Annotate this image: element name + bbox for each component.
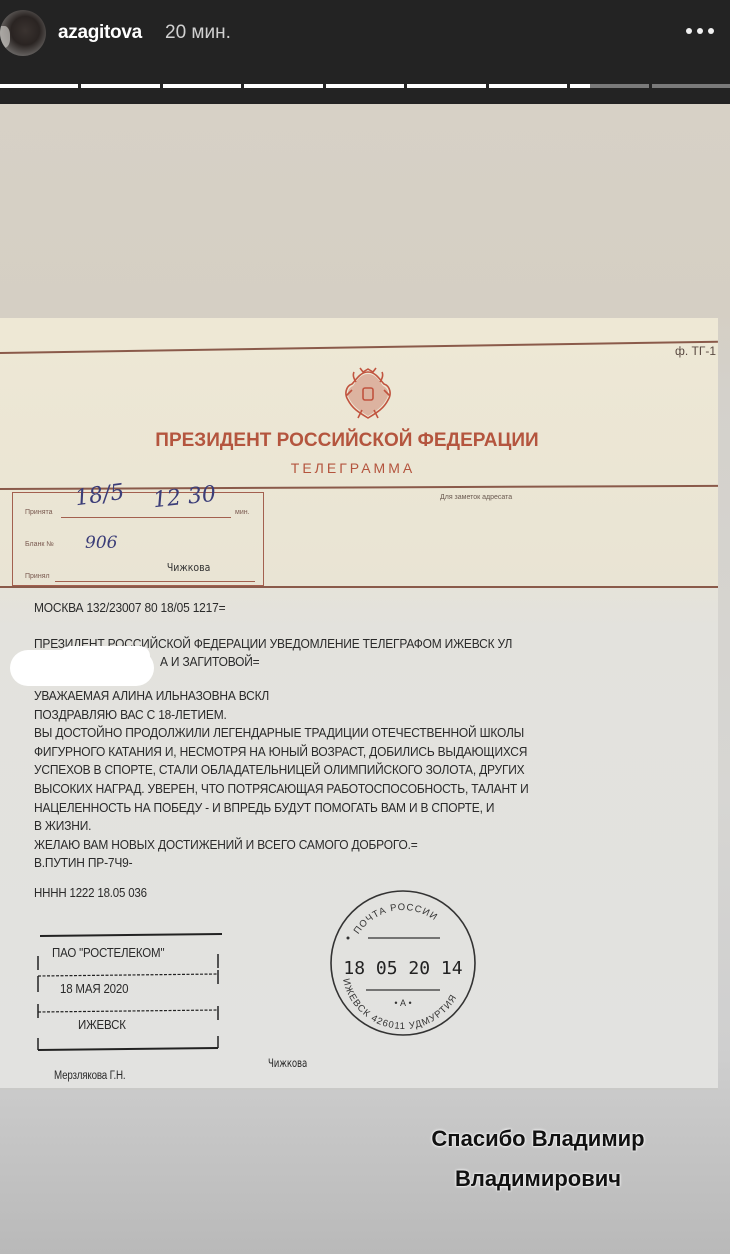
post-time: 20 мин. — [165, 22, 231, 44]
story-progress-segment — [652, 84, 730, 88]
operator-signature: Чижкова — [268, 1056, 307, 1070]
more-options-button[interactable] — [682, 24, 718, 38]
box-bottom-rule — [0, 586, 718, 588]
received-box: Принята мин. 18/5 12 30 Бланк № 906 Прин… — [12, 492, 264, 586]
story-progress-segment — [81, 84, 159, 88]
telegram-subtitle: ТЕЛЕГРАММА — [0, 460, 712, 476]
more-dot — [708, 28, 714, 34]
story-progress-segment — [163, 84, 241, 88]
service-line: НННН 1222 18.05 036 — [34, 886, 147, 900]
post-stamp: ПОЧТА РОССИИ ИЖЕВСК 426011 УДМУРТИЯ 18 0… — [328, 888, 478, 1038]
received-date: 18/5 — [74, 480, 126, 512]
story-progress-segment — [570, 84, 648, 88]
svg-text:• А •: • А • — [394, 998, 411, 1008]
redacted-address-2 — [60, 646, 150, 666]
story-progress-segment — [244, 84, 322, 88]
blank-label: Бланк № — [25, 541, 54, 548]
paper-edge — [0, 1088, 718, 1090]
telegram-body-line: НАЦЕЛЕННОСТЬ НА ПОБЕДУ - И ВПРЕДЬ БУДУТ … — [34, 800, 494, 815]
story-progress-segment — [0, 84, 78, 88]
story-header: azagitova 20 мин. — [0, 0, 730, 102]
telegram-body-line: В.ПУТИН ПР-7Ч9- — [34, 855, 132, 870]
header-line: МОСКВА 132/23007 80 18/05 1217= — [34, 600, 225, 615]
stamp-date: 18 МАЯ 2020 — [60, 982, 128, 996]
telegram-body-line: ВЫ ДОСТОЙНО ПРОДОЛЖИЛИ ЛЕГЕНДАРНЫЕ ТРАДИ… — [34, 725, 524, 740]
operator-label: Принял — [25, 573, 50, 580]
more-dot — [697, 28, 703, 34]
received-time: 12 30 — [152, 482, 217, 513]
username[interactable]: azagitova — [58, 22, 142, 44]
operator-underline — [55, 581, 255, 582]
operator-name: Чижкова — [167, 561, 211, 574]
telegram-body-line: УСПЕХОВ В СПОРТЕ, СТАЛИ ОБЛАДАТЕЛЬНИЦЕЙ … — [34, 762, 524, 777]
notes-label: Для заметок адресата — [440, 494, 512, 501]
signer-name: Мерзлякова Г.Н. — [54, 1070, 125, 1082]
svg-text:ПОЧТА РОССИИ: ПОЧТА РОССИИ — [352, 902, 440, 936]
telegram-title: ПРЕЗИДЕНТ РОССИЙСКОЙ ФЕДЕРАЦИИ — [0, 430, 706, 452]
min-label: мин. — [235, 509, 250, 516]
form-code: ф. ТГ-1 — [675, 344, 716, 358]
user-avatar[interactable] — [0, 10, 46, 56]
stamp-city: ИЖЕВСК — [78, 1018, 126, 1032]
svg-text:18 05 20 14: 18 05 20 14 — [343, 958, 462, 979]
received-label: Принята — [25, 509, 53, 516]
blank-number: 906 — [85, 533, 117, 553]
recipient-line: А И ЗАГИТОВОЙ= — [160, 654, 259, 669]
telegram-body-line: В ЖИЗНИ. — [34, 818, 91, 833]
story-progress-segment — [326, 84, 404, 88]
story-progress-segment — [489, 84, 567, 88]
telegram-body-line: ПОЗДРАВЛЯЮ ВАС С 18-ЛЕТИЕМ. — [34, 707, 227, 722]
stamp-org: ПАО "РОСТЕЛЕКОМ" — [52, 946, 164, 960]
telegram-body-line: ФИГУРНОГО КАТАНИЯ И, НЕСМОТРЯ НА ЮНЫЙ ВО… — [34, 744, 527, 759]
story-caption-line1: Спасибо Владимир — [378, 1126, 698, 1152]
story-caption-line2: Владимирович — [378, 1166, 698, 1192]
received-underline — [61, 517, 231, 518]
telegram-body-line: УВАЖАЕМАЯ АЛИНА ИЛЬНАЗОВНА ВСКЛ — [34, 688, 269, 703]
more-horizontal-icon — [686, 28, 692, 34]
telegram-document: ф. ТГ-1 ПРЕЗИДЕНТ РОССИЙСКОЙ ФЕДЕРАЦИИ Т… — [0, 318, 718, 1088]
story-progress-segment — [407, 84, 485, 88]
story-progress-bar — [0, 84, 730, 88]
coat-of-arms-emblem — [338, 362, 398, 426]
telegram-body-line: ЖЕЛАЮ ВАМ НОВЫХ ДОСТИЖЕНИЙ И ВСЕГО САМОГ… — [34, 837, 418, 852]
telegram-body-line: ВЫСОКИХ НАГРАД. УВЕРЕН, ЧТО ПОТРЯСАЮЩАЯ … — [34, 781, 529, 796]
story-content[interactable]: ф. ТГ-1 ПРЕЗИДЕНТ РОССИЙСКОЙ ФЕДЕРАЦИИ Т… — [0, 104, 730, 1254]
